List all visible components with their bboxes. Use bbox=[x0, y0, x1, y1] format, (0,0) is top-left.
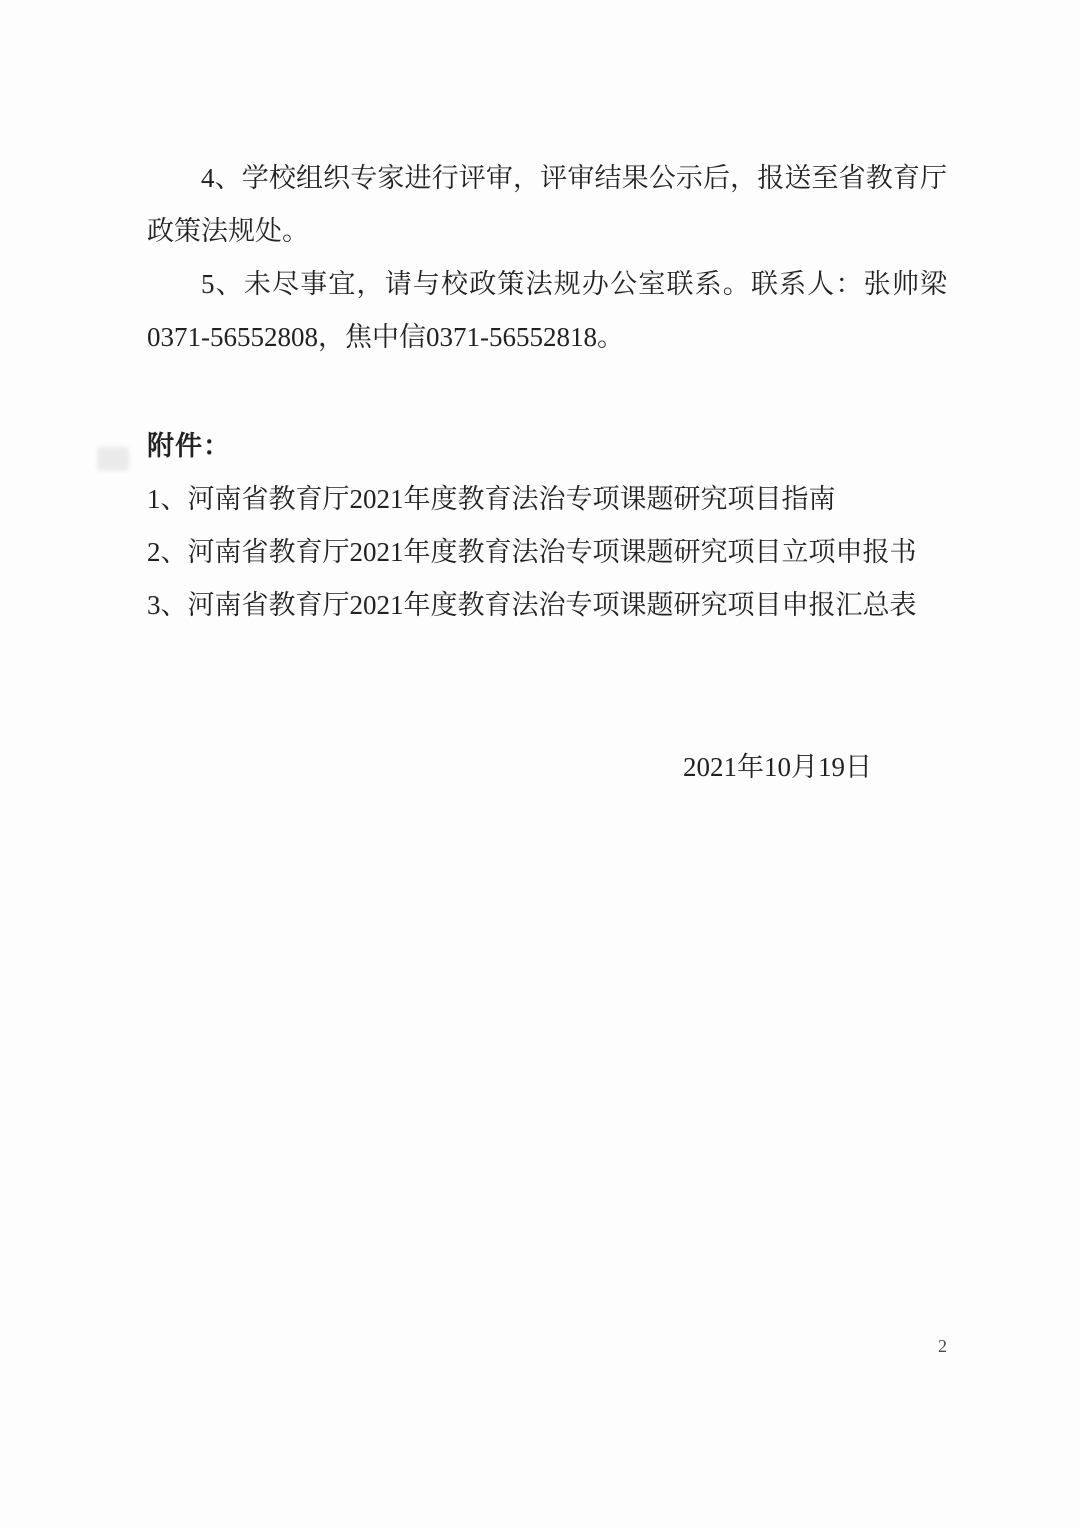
issue-date: 2021年10月19日 bbox=[683, 750, 872, 784]
page-number: 2 bbox=[938, 1336, 947, 1357]
notice-body: 4、学校组织专家进行评审，评审结果公示后，报送至省教育厅 政策法规处。 5、未尽… bbox=[147, 152, 947, 364]
paragraph-5-line-1: 5、未尽事宜，请与校政策法规办公室联系。联系人：张帅梁 bbox=[147, 258, 947, 311]
attachments-heading: 附件： bbox=[147, 420, 947, 473]
attachment-item-1: 1、河南省教育厅2021年度教育法治专项课题研究项目指南 bbox=[147, 473, 947, 526]
paragraph-4-line-1: 4、学校组织专家进行评审，评审结果公示后，报送至省教育厅 bbox=[147, 152, 947, 205]
document-page: 4、学校组织专家进行评审，评审结果公示后，报送至省教育厅 政策法规处。 5、未尽… bbox=[0, 0, 1080, 1527]
attachments-section: 附件： 1、河南省教育厅2021年度教育法治专项课题研究项目指南 2、河南省教育… bbox=[147, 420, 947, 632]
scan-smudge-artifact bbox=[97, 447, 129, 471]
attachment-item-2: 2、河南省教育厅2021年度教育法治专项课题研究项目立项申报书 bbox=[147, 526, 947, 579]
paragraph-4-line-2: 政策法规处。 bbox=[147, 205, 947, 258]
attachment-item-3: 3、河南省教育厅2021年度教育法治专项课题研究项目申报汇总表 bbox=[147, 579, 947, 632]
paragraph-5-line-2: 0371-56552808，焦中信0371-56552818。 bbox=[147, 311, 947, 364]
